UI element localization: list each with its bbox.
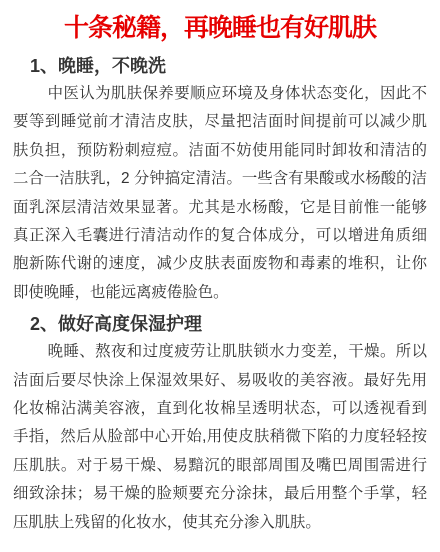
section-1: 1、晚睡，不晚洗 中医认为肌肤保养要顺应环境及身体状态变化，因此不要等到睡觉前才… — [13, 52, 427, 307]
section-2-heading: 2、做好高度保湿护理 — [13, 310, 427, 338]
section-2-paragraph: 晚睡、熬夜和过度疲劳让肌肤锁水力变差，干燥。所以洁面后要尽快涂上保湿效果好、易吸… — [13, 338, 427, 537]
section-1-paragraph: 中医认为肌肤保养要顺应环境及身体状态变化，因此不要等到睡觉前才清洁皮肤，尽量把洁… — [13, 80, 427, 307]
document-page: 十条秘籍，再晚睡也有好肌肤 1、晚睡，不晚洗 中医认为肌肤保养要顺应环境及身体状… — [0, 0, 440, 552]
section-1-heading: 1、晚睡，不晚洗 — [13, 52, 427, 80]
section-2: 2、做好高度保湿护理 晚睡、熬夜和过度疲劳让肌肤锁水力变差，干燥。所以洁面后要尽… — [13, 310, 427, 537]
document-title: 十条秘籍，再晚睡也有好肌肤 — [13, 10, 427, 46]
